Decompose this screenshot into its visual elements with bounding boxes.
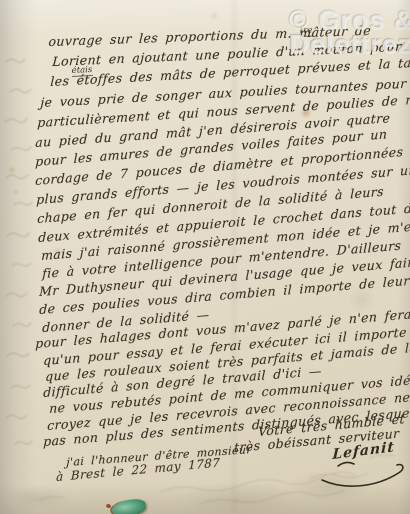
manuscript-letter-photo: ouvrage sur les proportions du m. mâteur… [0, 0, 410, 514]
wax-seal-fragment [111, 498, 147, 514]
signature-flourish [318, 458, 410, 492]
wax-seal-speck [105, 503, 111, 508]
interline-insertion: tre [300, 26, 313, 37]
